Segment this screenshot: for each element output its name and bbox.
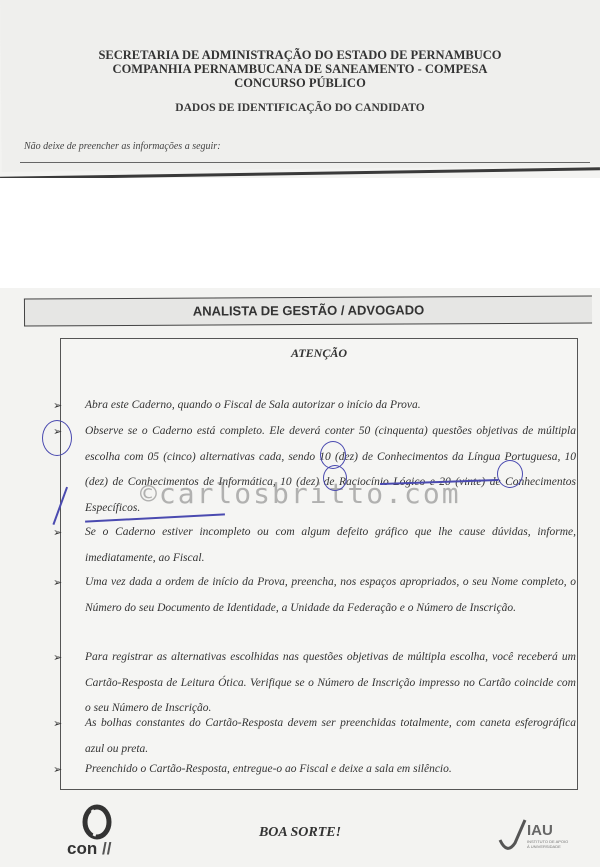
arrow-bullet-icon: ➢	[53, 576, 62, 589]
divider	[20, 162, 590, 163]
attention-item: ➢ Uma vez dada a ordem de início da Prov…	[60, 570, 578, 621]
svg-text:À UNIVERSIDADE: À UNIVERSIDADE	[527, 844, 561, 849]
arrow-bullet-icon: ➢	[53, 399, 62, 412]
position-title: ANALISTA DE GESTÃO / ADVOGADO	[25, 297, 592, 326]
arrow-bullet-icon: ➢	[53, 651, 62, 664]
attention-item: ➢ Abra este Caderno, quando o Fiscal de …	[60, 393, 578, 419]
attention-title: ATENÇÃO	[60, 346, 578, 361]
ink-circle-annotation	[497, 460, 523, 488]
arrow-bullet-icon: ➢	[53, 763, 62, 776]
ink-circle-annotation	[42, 420, 72, 456]
blank-area	[0, 178, 600, 288]
svg-text://: //	[102, 839, 112, 858]
iaupe-logo: IAU INSTITUTO DE APOIO À UNIVERSIDADE	[495, 815, 590, 855]
ink-circle-annotation	[323, 465, 347, 491]
arrow-bullet-icon: ➢	[53, 526, 62, 539]
attention-item: ➢ As bolhas constantes do Cartão-Respost…	[60, 711, 578, 762]
svg-text:con: con	[67, 839, 97, 858]
svg-text:IAU: IAU	[527, 822, 553, 839]
identification-title: DADOS DE IDENTIFICAÇÃO DO CANDIDATO	[0, 102, 600, 114]
identification-instruction: Não deixe de preencher as informações a …	[24, 141, 221, 152]
position-banner: ANALISTA DE GESTÃO / ADVOGADO	[24, 296, 592, 327]
header-secretaria: SECRETARIA DE ADMINISTRAÇÃO DO ESTADO DE…	[0, 48, 600, 63]
header-concurso: CONCURSO PÚBLICO	[0, 76, 600, 91]
arrow-bullet-icon: ➢	[53, 717, 62, 730]
header-compesa: COMPANHIA PERNAMBUCANA DE SANEAMENTO - C…	[0, 62, 600, 77]
attention-item: ➢ Preenchido o Cartão-Resposta, entregue…	[60, 757, 578, 783]
attention-item: ➢ Se o Caderno estiver incompleto ou com…	[60, 520, 578, 571]
